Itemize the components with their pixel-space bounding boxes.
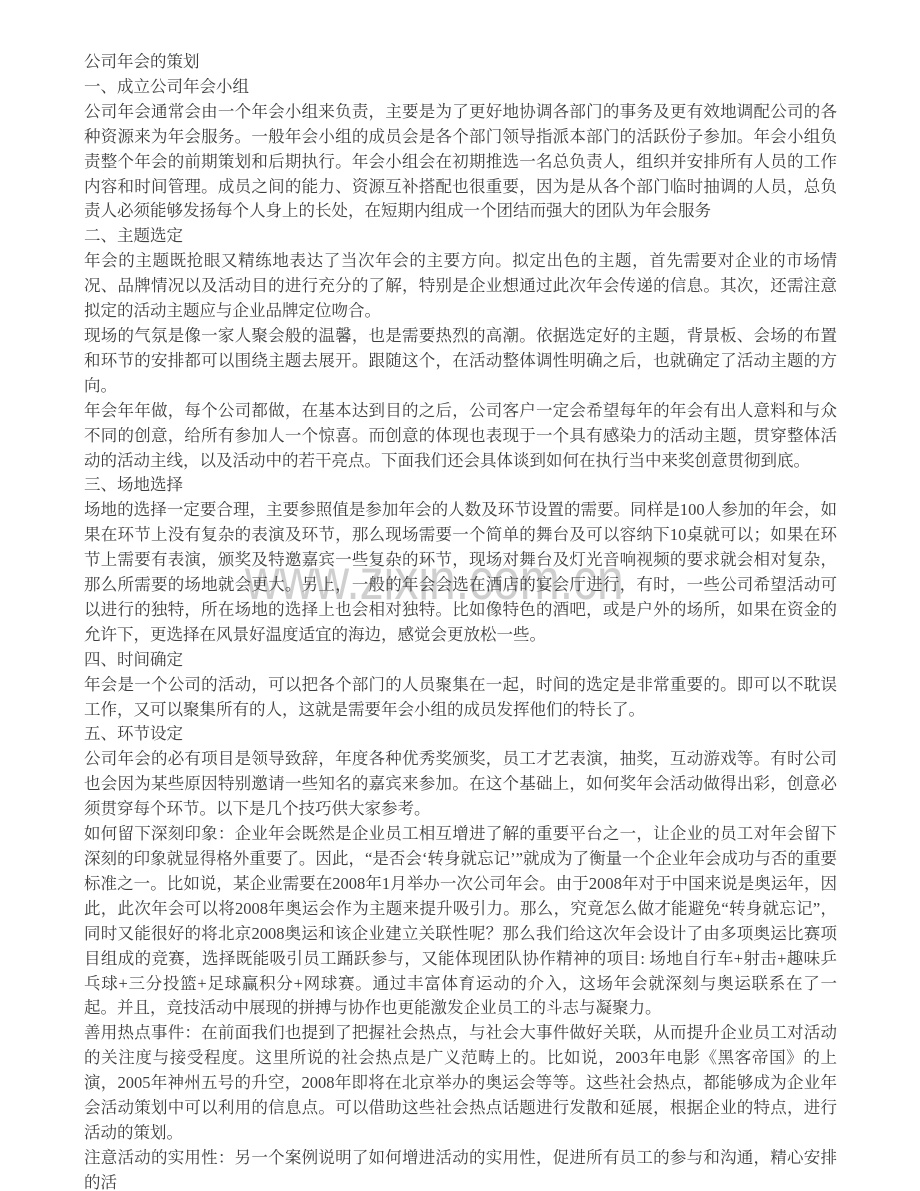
paragraph: 如何留下深刻印象：企业年会既然是企业员工相互增进了解的重要平台之一，让企业的员工…	[84, 822, 837, 1021]
paragraph: 注意活动的实用性：另一个案例说明了如何增进活动的实用性，促进所有员工的参与和沟通…	[84, 1146, 837, 1191]
paragraph: 善用热点事件：在前面我们也提到了把握社会热点，与社会大事件做好关联，从而提升企业…	[84, 1021, 837, 1146]
document-title: 公司年会的策划	[84, 50, 837, 75]
paragraph: 年会年年做，每个公司都做，在基本达到目的之后，公司客户一定会希望每年的年会有出人…	[84, 399, 837, 474]
paragraph: 公司年会的必有项目是领导致辞，年度各种优秀奖颁奖，员工才艺表演，抽奖，互动游戏等…	[84, 747, 837, 822]
document-body: 公司年会的策划 一、成立公司年会小组公司年会通常会由一个年会小组来负责，主要是为…	[84, 50, 837, 1191]
section-heading: 四、时间确定	[84, 648, 837, 673]
paragraph: 年会是一个公司的活动，可以把各个部门的人员聚集在一起，时间的选定是非常重要的。即…	[84, 673, 837, 723]
paragraph: 场地的选择一定要合理，主要参照值是参加年会的人数及环节设置的需要。同样是100人…	[84, 498, 837, 647]
section-heading: 二、主题选定	[84, 224, 837, 249]
section-heading: 一、成立公司年会小组	[84, 75, 837, 100]
paragraph: 年会的主题既抢眼又精练地表达了当次年会的主要方向。拟定出色的主题，首先需要对企业…	[84, 249, 837, 324]
paragraph: 公司年会通常会由一个年会小组来负责，主要是为了更好地协调各部门的事务及更有效地调…	[84, 100, 837, 225]
section-heading: 三、场地选择	[84, 473, 837, 498]
paragraph: 现场的气氛是像一家人聚会般的温馨，也是需要热烈的高潮。依据选定好的主题，背景板、…	[84, 324, 837, 399]
document-page: www.zixin.com.cn 公司年会的策划 一、成立公司年会小组公司年会通…	[0, 0, 920, 1191]
section-heading: 五、环节设定	[84, 722, 837, 747]
